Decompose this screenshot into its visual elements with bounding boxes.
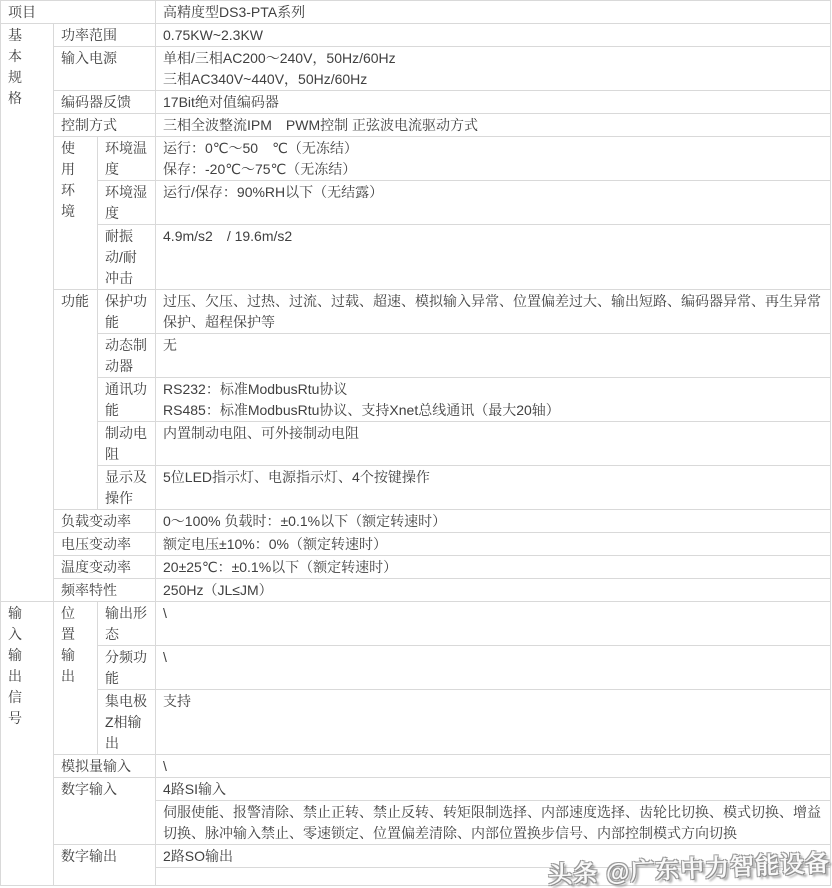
cell-digital-input-count: 4路SI输入 <box>156 778 831 801</box>
table-row: 显示及操作 5位LED指示灯、电源指示灯、4个按键操作 <box>1 466 831 510</box>
cell-group-function: 功能 <box>54 290 98 510</box>
cell-output-form-label: 输出形态 <box>98 602 156 646</box>
cell-load-variation-label: 负载变动率 <box>54 510 156 533</box>
table-row: 通讯功能 RS232：标准ModbusRtu协议 RS485：标准ModbusR… <box>1 378 831 422</box>
table-row: 耐振 动/耐 冲击 4.9m/s2 / 19.6m/s2 <box>1 225 831 290</box>
cell-display-op-label: 显示及操作 <box>98 466 156 510</box>
table-row: 动态制动器 无 <box>1 334 831 378</box>
cell-power-range-label: 功率范围 <box>54 24 156 47</box>
cell-group-environment: 使 用 环 境 <box>54 137 98 290</box>
cell-env-temp-label: 环境温度 <box>98 137 156 181</box>
cell-dynamic-brake-label: 动态制动器 <box>98 334 156 378</box>
cell-brake-resistor-label: 制动电阻 <box>98 422 156 466</box>
cell-output-form-value: \ <box>156 602 831 646</box>
cell-digital-input-label: 数字输入 <box>54 778 156 845</box>
cell-temp-variation-value: 20±25℃：±0.1%以下（额定转速时） <box>156 556 831 579</box>
cell-freq-division-label: 分频功能 <box>98 646 156 690</box>
cell-encoder-label: 编码器反馈 <box>54 91 156 114</box>
table-row: 项目 高精度型DS3-PTA系列 <box>1 1 831 24</box>
table-row: 输 入 输 出 信 号 位 置 输 出 输出形态 \ <box>1 602 831 646</box>
cell-brake-resistor-value: 内置制动电阻、可外接制动电阻 <box>156 422 831 466</box>
table-row: 负载变动率 0～100% 负载时：±0.1%以下（额定转速时） <box>1 510 831 533</box>
cell-digital-input-functions: 伺服使能、报警清除、禁止正转、禁止反转、转矩限制选择、内部速度选择、齿轮比切换、… <box>156 801 831 845</box>
cell-dynamic-brake-value: 无 <box>156 334 831 378</box>
cell-digital-output-count: 2路SO输出 <box>156 845 831 868</box>
cell-env-humidity-label: 环境湿度 <box>98 181 156 225</box>
spec-table: 项目 高精度型DS3-PTA系列 基 本 规 格 功率范围 0.75KW~2.3… <box>0 0 831 886</box>
cell-display-op-value: 5位LED指示灯、电源指示灯、4个按键操作 <box>156 466 831 510</box>
table-row: 编码器反馈 17Bit绝对值编码器 <box>1 91 831 114</box>
cell-protection-value: 过压、欠压、过热、过流、过载、超速、模拟输入异常、位置偏差过大、输出短路、编码器… <box>156 290 831 334</box>
table-row: 基 本 规 格 功率范围 0.75KW~2.3KW <box>1 24 831 47</box>
cell-input-power-label: 输入电源 <box>54 47 156 91</box>
table-row: 输入电源 单相/三相AC200～240V，50Hz/60Hz 三相AC340V~… <box>1 47 831 91</box>
table-row: 模拟量输入 \ <box>1 755 831 778</box>
table-row: 数字输入 4路SI输入 <box>1 778 831 801</box>
cell-env-humidity-value: 运行/保存：90%RH以下（无结露） <box>156 181 831 225</box>
table-row: 电压变动率 额定电压±10%：0%（额定转速时） <box>1 533 831 556</box>
cell-group-io-signal: 输 入 输 出 信 号 <box>1 602 54 886</box>
table-row: 集电极Z相输出 支持 <box>1 690 831 755</box>
table-row: 频率特性 250Hz（JL≤JM） <box>1 579 831 602</box>
table-row: 分频功能 \ <box>1 646 831 690</box>
cell-analog-input-label: 模拟量输入 <box>54 755 156 778</box>
cell-group-position-output: 位 置 输 出 <box>54 602 98 755</box>
cell-vibration-value: 4.9m/s2 / 19.6m/s2 <box>156 225 831 290</box>
table-row: 功能 保护功能 过压、欠压、过热、过流、过载、超速、模拟输入异常、位置偏差过大、… <box>1 290 831 334</box>
cell-collector-z-value: 支持 <box>156 690 831 755</box>
cell-voltage-variation-label: 电压变动率 <box>54 533 156 556</box>
cell-protection-label: 保护功能 <box>98 290 156 334</box>
cell-collector-z-label: 集电极Z相输出 <box>98 690 156 755</box>
table-row: 环境湿度 运行/保存：90%RH以下（无结露） <box>1 181 831 225</box>
cell-analog-input-value: \ <box>156 755 831 778</box>
table-row: 控制方式 三相全波整流IPM PWM控制 正弦波电流驱动方式 <box>1 114 831 137</box>
table-row: 数字输出 2路SO输出 <box>1 845 831 868</box>
cell-env-temp-value: 运行：0℃～50 ℃（无冻结） 保存：-20℃～75℃（无冻结） <box>156 137 831 181</box>
cell-digital-output-label: 数字输出 <box>54 845 156 886</box>
cell-comm-value: RS232：标准ModbusRtu协议 RS485：标准ModbusRtu协议、… <box>156 378 831 422</box>
cell-power-range-value: 0.75KW~2.3KW <box>156 24 831 47</box>
cell-group-basic-spec: 基 本 规 格 <box>1 24 54 602</box>
table-row: 使 用 环 境 环境温度 运行：0℃～50 ℃（无冻结） 保存：-20℃～75℃… <box>1 137 831 181</box>
table-row: 温度变动率 20±25℃：±0.1%以下（额定转速时） <box>1 556 831 579</box>
cell-comm-label: 通讯功能 <box>98 378 156 422</box>
cell-series-value: 高精度型DS3-PTA系列 <box>156 1 831 24</box>
cell-frequency-label: 频率特性 <box>54 579 156 602</box>
cell-input-power-value: 单相/三相AC200～240V，50Hz/60Hz 三相AC340V~440V，… <box>156 47 831 91</box>
cell-freq-division-value: \ <box>156 646 831 690</box>
table-row: 制动电阻 内置制动电阻、可外接制动电阻 <box>1 422 831 466</box>
cell-digital-output-extra <box>156 868 831 886</box>
cell-temp-variation-label: 温度变动率 <box>54 556 156 579</box>
cell-control-mode-value: 三相全波整流IPM PWM控制 正弦波电流驱动方式 <box>156 114 831 137</box>
cell-load-variation-value: 0～100% 负载时：±0.1%以下（额定转速时） <box>156 510 831 533</box>
cell-encoder-value: 17Bit绝对值编码器 <box>156 91 831 114</box>
cell-vibration-label: 耐振 动/耐 冲击 <box>98 225 156 290</box>
cell-control-mode-label: 控制方式 <box>54 114 156 137</box>
cell-item-header-label: 项目 <box>1 1 156 24</box>
cell-frequency-value: 250Hz（JL≤JM） <box>156 579 831 602</box>
cell-voltage-variation-value: 额定电压±10%：0%（额定转速时） <box>156 533 831 556</box>
